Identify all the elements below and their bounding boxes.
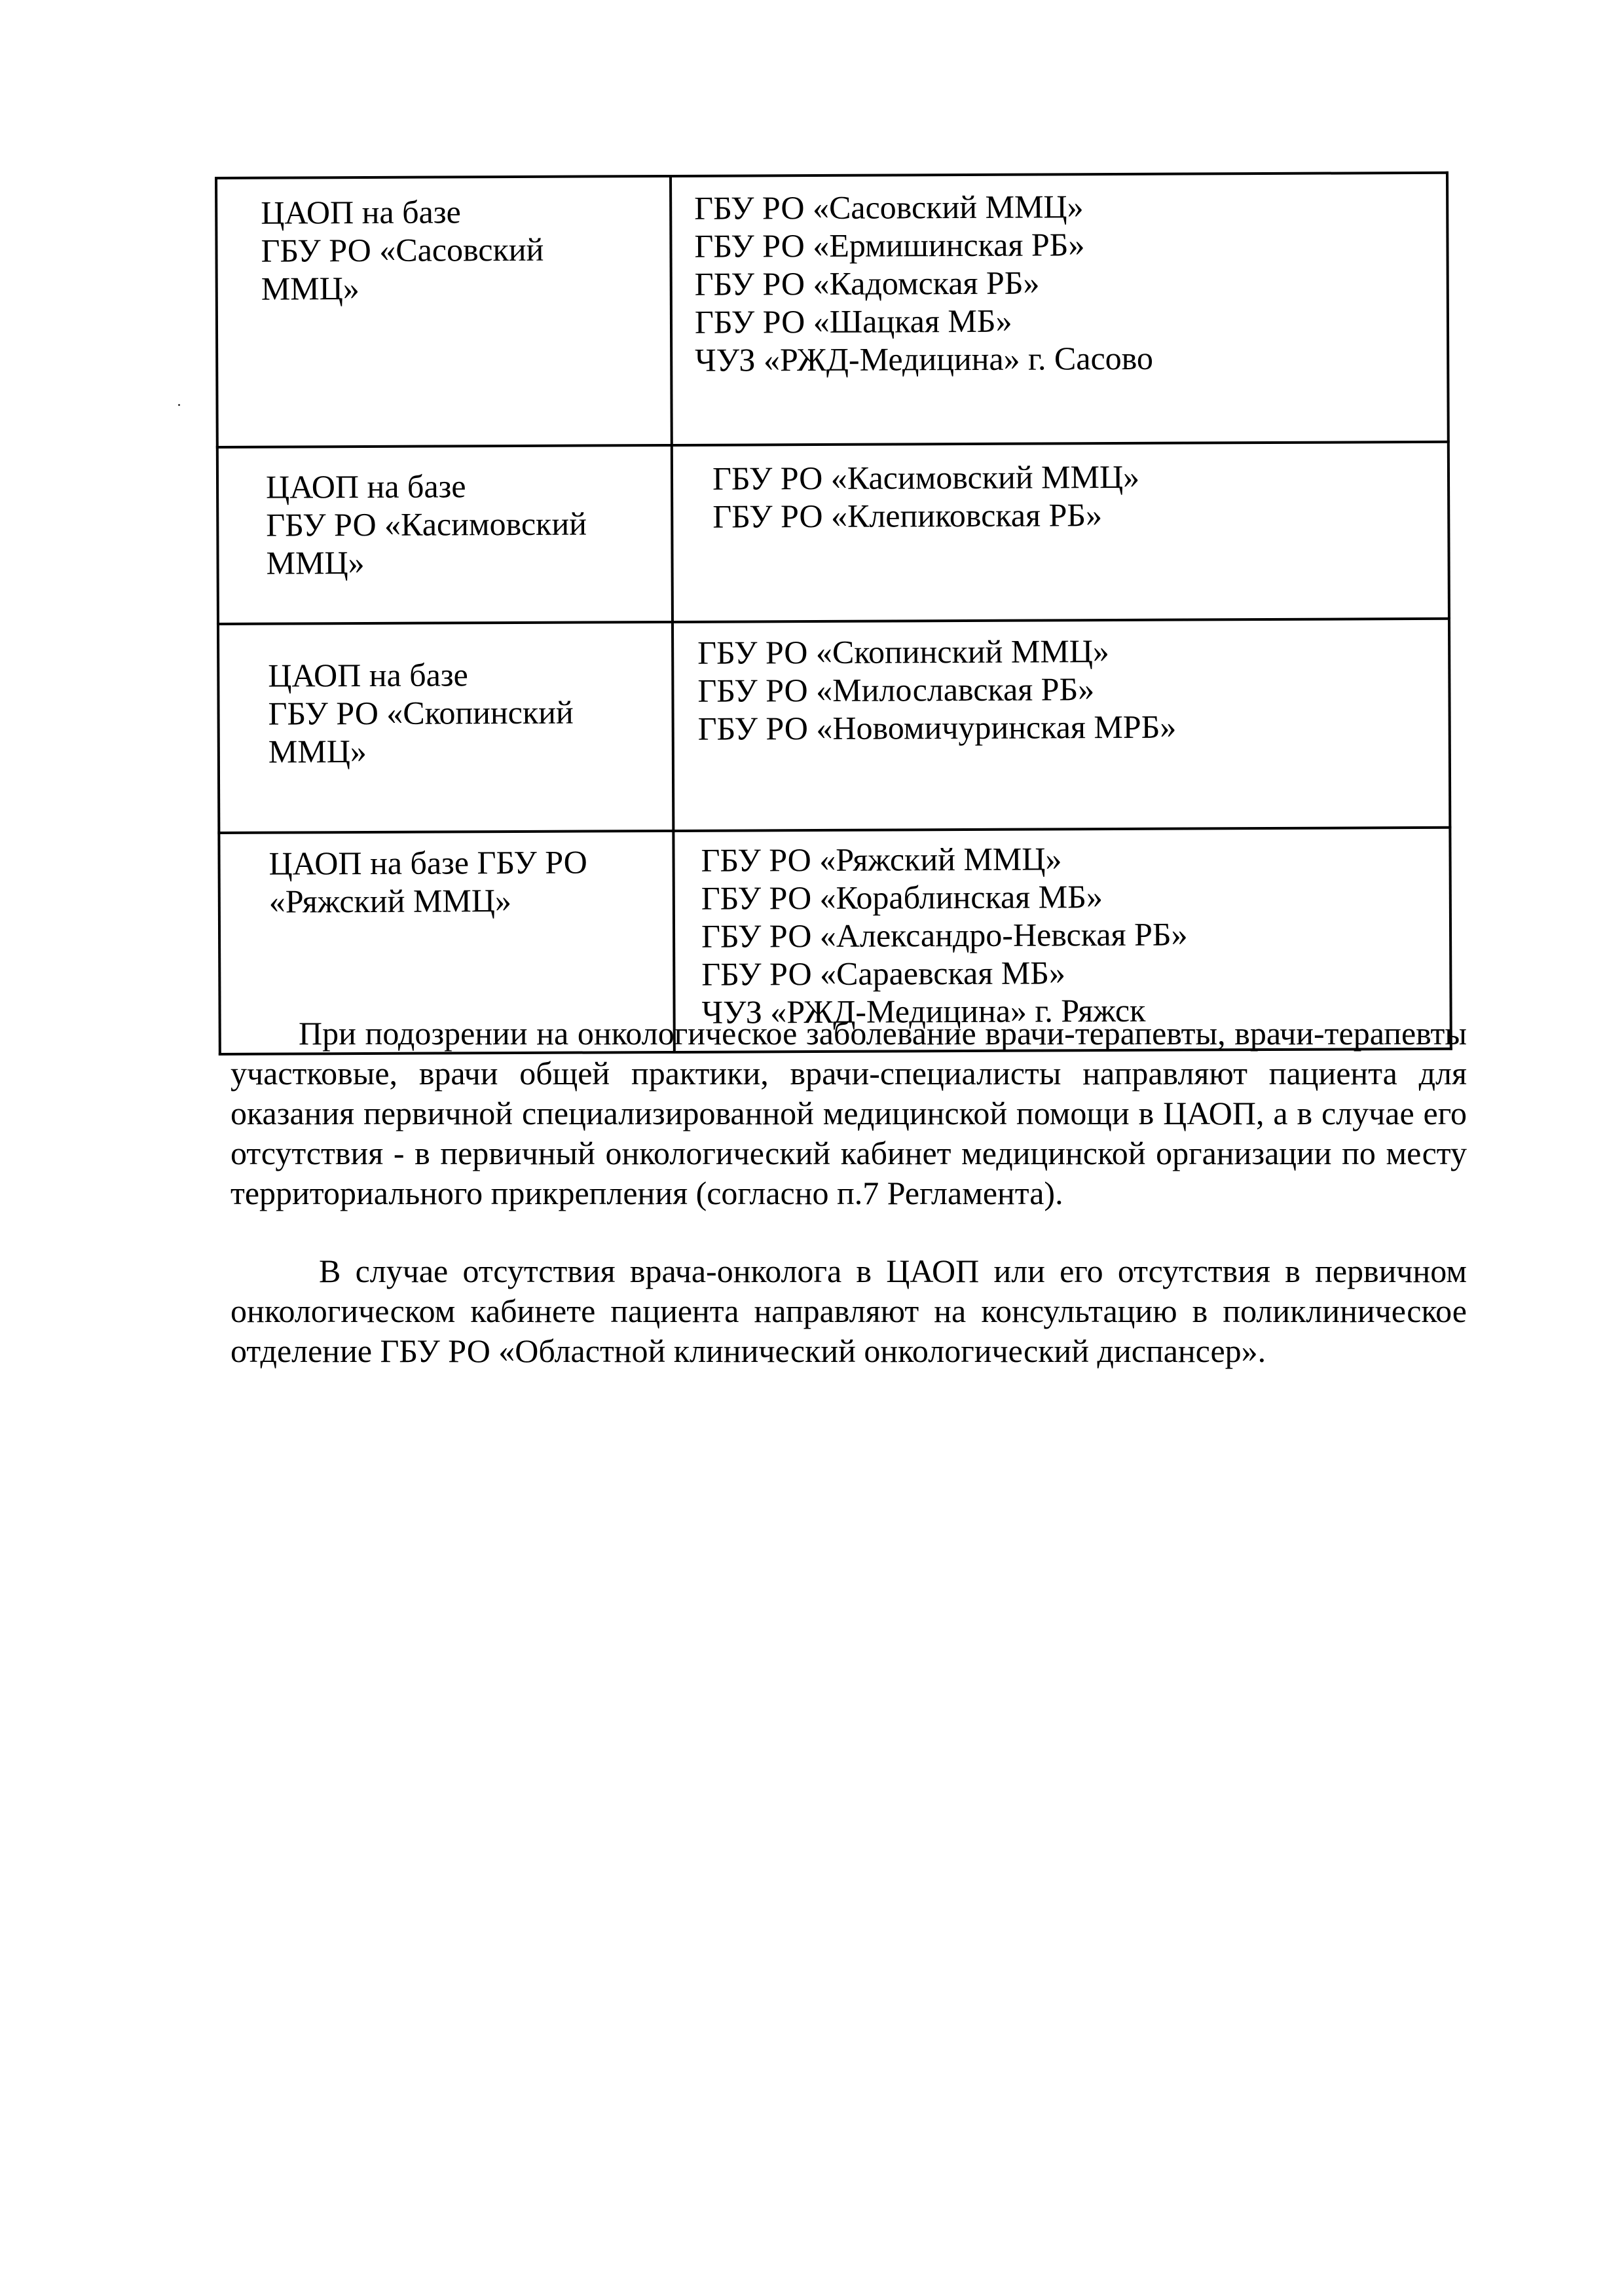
institution-item: ГБУ РО «Сасовский ММЦ» <box>694 186 1433 227</box>
institution-item: ГБУ РО «Шацкая МБ» <box>695 300 1433 341</box>
institution-item: ГБУ РО «Милославская РБ» <box>697 669 1435 710</box>
institution-item: ГБУ РО «Клепиковская РБ» <box>712 494 1434 536</box>
institutions-cell: ГБУ РО «Сасовский ММЦ» ГБУ РО «Ермишинск… <box>671 173 1449 445</box>
center-cell: ЦАОП на базе ГБУ РО «Сасовский ММЦ» <box>216 176 672 447</box>
institutions-cell: ГБУ РО «Скопинский ММЦ» ГБУ РО «Милослав… <box>673 619 1450 831</box>
center-line: ГБУ РО «Сасовский <box>261 230 656 270</box>
oncology-centers-table: ЦАОП на базе ГБУ РО «Сасовский ММЦ» ГБУ … <box>215 172 1452 1056</box>
institution-item: ГБУ РО «Ряжский ММЦ» <box>701 838 1435 879</box>
paragraph-oncologist-absence: В случае отсутствия врача-онколога в ЦАО… <box>231 1251 1467 1371</box>
paragraph-referral-procedure: При подозрении на онкологическое заболев… <box>231 1014 1467 1213</box>
center-line: «Ряжский ММЦ» <box>269 881 659 921</box>
center-cell: ЦАОП на базе ГБУ РО «Скопинский ММЦ» <box>218 622 673 833</box>
table-row: ЦАОП на базе ГБУ РО «Скопинский ММЦ» ГБУ… <box>218 619 1450 833</box>
center-line: ЦАОП на базе <box>268 655 658 695</box>
center-line: ЦАОП на базе <box>266 466 657 506</box>
table-row: ЦАОП на базе ГБУ РО «Сасовский ММЦ» ГБУ … <box>216 173 1449 447</box>
institution-item: ГБУ РО «Кадомская РБ» <box>695 262 1433 303</box>
table-row: ЦАОП на базе ГБУ РО «Касимовский ММЦ» ГБ… <box>217 442 1449 624</box>
center-line: ЦАОП на базе <box>261 192 656 232</box>
institution-item: ГБУ РО «Кораблинская МБ» <box>701 876 1436 917</box>
center-line: ГБУ РО «Касимовский <box>266 504 657 544</box>
institution-item: ГБУ РО «Касимовский ММЦ» <box>712 456 1434 498</box>
center-line: ММЦ» <box>266 542 657 582</box>
institution-item: ГБУ РО «Александро-Невская РБ» <box>701 914 1436 955</box>
institution-item: ЧУЗ «РЖД-Медицина» г. Сасово <box>695 338 1433 379</box>
center-line: ММЦ» <box>268 731 659 771</box>
institution-item: ГБУ РО «Скопинский ММЦ» <box>697 631 1435 672</box>
center-line: ГБУ РО «Скопинский <box>268 693 658 733</box>
center-line: ММЦ» <box>261 268 657 308</box>
scan-artifact-dot <box>178 404 180 406</box>
document-page: ЦАОП на базе ГБУ РО «Сасовский ММЦ» ГБУ … <box>0 0 1624 2295</box>
institution-item: ГБУ РО «Новомичуринская МРБ» <box>698 707 1435 748</box>
center-line: ЦАОП на базе ГБУ РО <box>268 843 659 883</box>
center-cell: ЦАОП на базе ГБУ РО «Касимовский ММЦ» <box>217 445 673 624</box>
institution-item: ГБУ РО «Ермишинская РБ» <box>694 224 1433 265</box>
institutions-cell: ГБУ РО «Касимовский ММЦ» ГБУ РО «Клепико… <box>672 442 1449 622</box>
institution-item: ГБУ РО «Сараевская МБ» <box>701 952 1436 993</box>
